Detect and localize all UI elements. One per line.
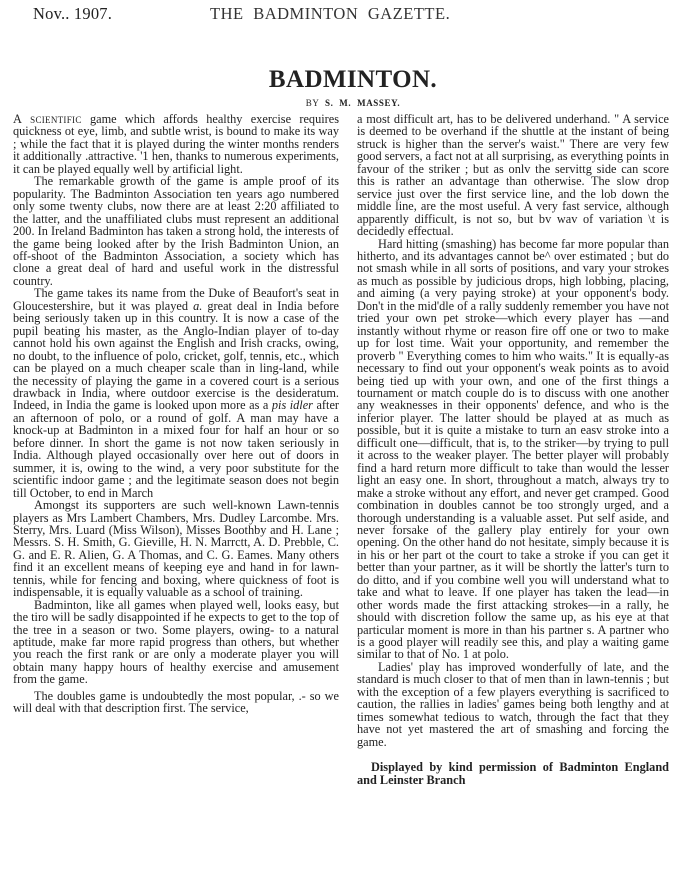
paragraph-growth: The remarkable growth of the game is amp… <box>13 175 339 287</box>
paragraph-ladies-play: Ladies' play has improved wonderfully of… <box>357 661 669 748</box>
byline: BY S. M. MASSEY. <box>0 98 700 108</box>
paragraph-doubles: The doubles game is undoubtedly the most… <box>13 690 339 715</box>
paragraph-supporters: Amongst its supporters are such well-kno… <box>13 499 339 599</box>
right-column: a most difficult art, has to be delivere… <box>357 113 669 786</box>
article-title: BADMINTON. <box>0 66 700 94</box>
byline-prefix: BY <box>306 98 319 108</box>
issue-date: Nov.. 1907. <box>33 4 112 24</box>
paragraph-smashing: Hard hitting (smashing) has become far m… <box>357 238 669 661</box>
running-head: Nov.. 1907. THE BADMINTON GAZETTE. <box>0 4 700 28</box>
left-column: A scientific game which affords healthy … <box>13 113 339 715</box>
paragraph-origin: The game takes its name from the Duke of… <box>13 287 339 499</box>
paragraph-intro: A scientific game which affords healthy … <box>13 113 339 175</box>
author-name: S. M. MASSEY. <box>325 98 400 108</box>
paragraph-service: a most difficult art, has to be delivere… <box>357 113 669 238</box>
paragraph-learning: Badminton, like all games when played we… <box>13 599 339 686</box>
journal-title: THE BADMINTON GAZETTE. <box>210 4 450 24</box>
permission-credit: Displayed by kind permission of Badminto… <box>357 761 669 786</box>
